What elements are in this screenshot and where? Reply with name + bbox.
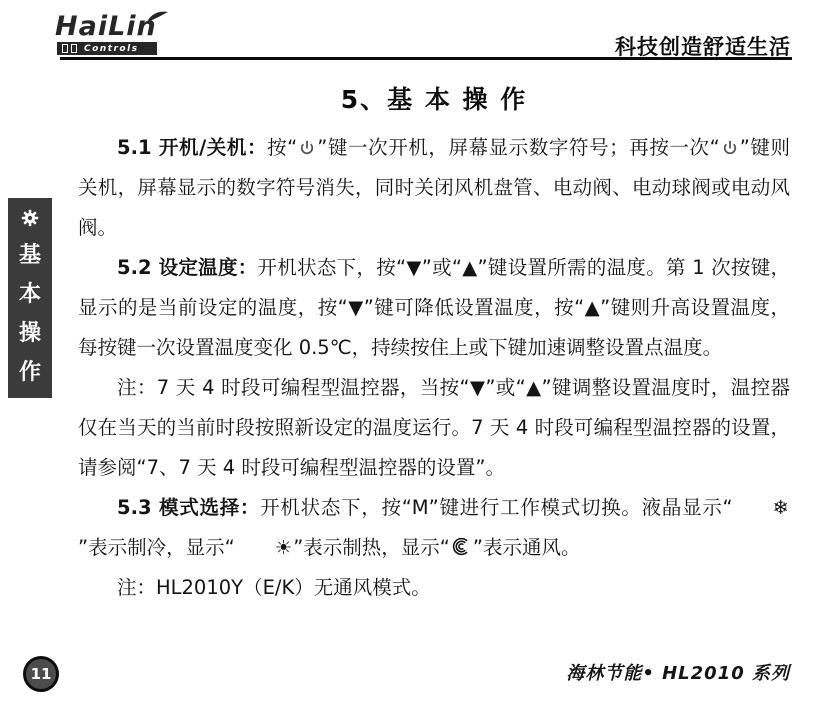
para-set-temperature: 5.2 设定温度：开机状态下，按“▼”或“▲”键设置所需的温度。第 1 次按键，… [78,248,790,368]
leaf-icon [147,7,169,26]
body-text: 注：7 天 4 时段可编程型温控器，当按“▼”或“▲”键调整设置温度时，温控器仅… [78,376,790,479]
body-text: ”表示制冷，显示“ [78,536,235,559]
logo-controls-bar: Controls [57,42,157,55]
section-label: 5.2 设定温度： [117,256,258,279]
tab-char: 本 [19,284,41,306]
body-text: ”表示通风。 [473,536,581,559]
tab-char: 作 [19,362,41,384]
sun-icon: ☀ [236,538,292,558]
para-note-programmable: 注：7 天 4 时段可编程型温控器，当按“▼”或“▲”键调整设置温度时，温控器仅… [78,368,790,488]
para-mode-select: 5.3 模式选择：开机状态下，按“M”键进行工作模式切换。液晶显示“❄”表示制冷… [78,488,790,568]
para-power-on-off: 5.1 开机/关机：按“ ”键一次开机，屏幕显示数字符号；再按一次“ ”键则关机… [78,128,790,248]
body-text: 注：HL2010Y（E/K）无通风模式。 [117,576,431,599]
snowflake-icon: ❄ [734,498,789,518]
para-note-no-fan-mode: 注：HL2010Y（E/K）无通风模式。 [78,568,790,608]
tab-char: 基 [19,245,41,267]
logo-subtitle: Controls [84,44,139,54]
fan-icon [451,536,472,557]
body-text: 按“ [267,136,297,159]
page-number-badge: 11 [23,656,59,692]
gear-icon [20,208,40,228]
logo-bar-segment [62,44,68,53]
body-text: 开机状态下，按“M”键进行工作模式切换。液晶显示“ [260,496,732,519]
manual-page: HaiLin Controls 科技创造舒适生活 [0,0,835,709]
section-title: 5、基 本 操 作 [78,80,790,116]
section-label: 5.3 模式选择： [117,496,260,519]
header-rule [60,57,792,60]
body-text: ”键一次开机，屏幕显示数字符号；再按一次“ [317,136,719,159]
chapter-side-tab: 基 本 操 作 [8,198,52,398]
power-icon [298,139,316,157]
power-icon [721,139,739,157]
page-content: 5、基 本 操 作 5.1 开机/关机：按“ ”键一次开机，屏幕显示数字符号；再… [78,80,790,608]
footer-series-label: 海林节能• HL2010 系列 [566,659,790,685]
section-label: 5.1 开机/关机： [117,136,267,159]
body-text: ”表示制热，显示“ [293,536,450,559]
logo-bar-segment [71,44,77,53]
tab-char: 操 [19,323,41,345]
hailin-logo: HaiLin Controls [55,13,175,55]
